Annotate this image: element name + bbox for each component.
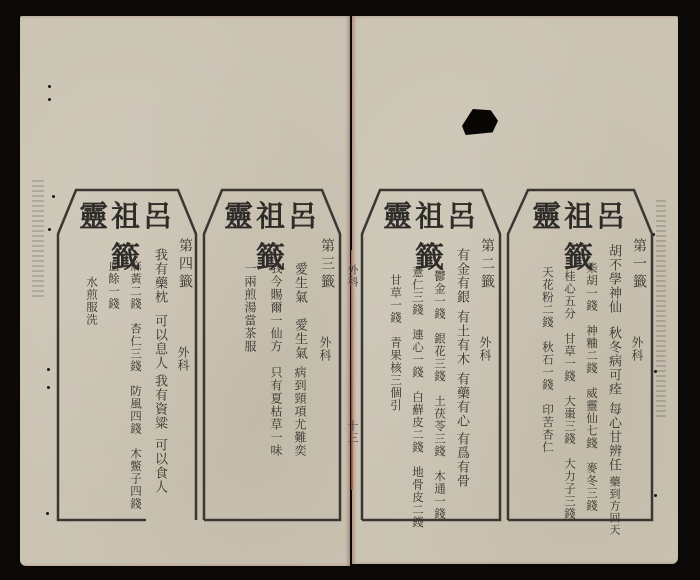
slip-category: 外科 <box>176 346 190 372</box>
slip-verse-line: 每心甘辨任 <box>606 402 620 472</box>
slip-verse-line: 我有資粱 <box>152 374 166 430</box>
slip-verse-line: 病到頸項尤難奕 <box>294 366 307 457</box>
slip-prescription: 水煎服洗 <box>86 276 98 326</box>
binding-dot <box>47 386 50 389</box>
slip-verse-line: 藥到方回天 <box>609 476 620 536</box>
slip-number: 第三籤 <box>320 238 334 292</box>
slip-category: 外科 <box>478 336 492 362</box>
slip-prescription: 柴胡一錢 神粬二錢 威靈仙七錢 麥冬三錢 <box>586 262 598 512</box>
slip-prescription: 薏仁三錢 連心一錢 白蘚皮二錢 地骨皮二錢 <box>412 266 424 529</box>
slip-prescription: 桂心五分 甘草一錢 大棗三錢 大力子三錢 <box>564 270 576 520</box>
slip-verse-line: 我有藥枕 <box>152 248 166 304</box>
right-page-edge-wear <box>656 200 666 420</box>
slip-title: 呂祖靈籤 <box>372 194 490 276</box>
binding-dot <box>654 370 657 373</box>
slip-number: 第一籤 <box>632 238 646 292</box>
binding-dot <box>48 228 51 231</box>
slip-title: 呂祖靈籤 <box>518 194 642 276</box>
slip-prescription: 麻黃二錢 杏仁三錢 防風四錢 木鱉子四錢 <box>130 260 142 510</box>
slip-verse-line: 有藥有心 <box>454 372 468 428</box>
slip-2: 呂祖靈籤 第二籤 外科 有金有銀 有土有木 有藥有心 有爲有骨 鬱金一錢 銀花三… <box>360 186 502 522</box>
slip-number: 第二籤 <box>480 238 494 292</box>
slip-prescription: 天花粉二錢 秋石一錢 印苦杏仁 <box>542 266 554 454</box>
left-page-edge-wear <box>32 180 44 300</box>
slip-prescription: 血餘一錢 <box>108 260 120 310</box>
slip-verse-line: 可以食人 <box>152 438 166 494</box>
binding-dot <box>46 512 49 515</box>
binding-dot <box>654 494 657 497</box>
slip-verse-line: 有土有木 <box>454 310 468 366</box>
binding-dot <box>47 368 50 371</box>
slip-verse-line: 秋冬病可痊 <box>606 326 620 396</box>
slip-verse-line: 可以息人 <box>152 314 166 370</box>
slip-verse-line: 愛生氣 愛生氣 <box>292 262 306 360</box>
binding-dot <box>52 195 55 198</box>
slip-prescription: 甘草一錢 青果核三個引 <box>390 274 402 412</box>
slip-verse-line: 胡不學神仙 <box>606 244 620 314</box>
center-page-number: 十三 <box>345 420 359 444</box>
slip-3: 呂祖靈籤 第三籤 外科 愛生氣 愛生氣 病到頸項尤難奕 我今賜爾一仙方 只有夏枯… <box>202 186 342 522</box>
center-fold-column: 外科 十三 <box>340 250 364 526</box>
binding-dot <box>48 98 51 101</box>
slip-verse-line: 有爲有骨 <box>454 432 468 488</box>
slip-verse-line: 有金有銀 <box>454 248 468 304</box>
center-category: 外科 <box>345 264 359 288</box>
slip-prescription: 一兩煎湯當茶服 <box>244 262 257 353</box>
slip-prescription: 鬱金一錢 銀花三錢 土茯苓三錢 木通一錢 <box>434 270 446 520</box>
binding-dot <box>48 85 51 88</box>
slip-1: 呂祖靈籤 第一籤 外科 胡不學神仙 秋冬病可痊 每心甘辨任 藥到方回天 柴胡一錢… <box>506 186 654 522</box>
slip-number: 第四籤 <box>178 238 192 292</box>
slip-prescription: 我今賜爾一仙方 只有夏枯草一味 <box>270 262 283 457</box>
slip-category: 外科 <box>318 336 332 362</box>
slip-category: 外科 <box>630 336 644 362</box>
slip-title: 呂祖靈籤 <box>68 194 186 276</box>
slip-4: 呂祖靈籤 第四籤 外科 我有藥枕 可以息人 我有資粱 可以食人 麻黃二錢 杏仁三… <box>56 186 198 522</box>
